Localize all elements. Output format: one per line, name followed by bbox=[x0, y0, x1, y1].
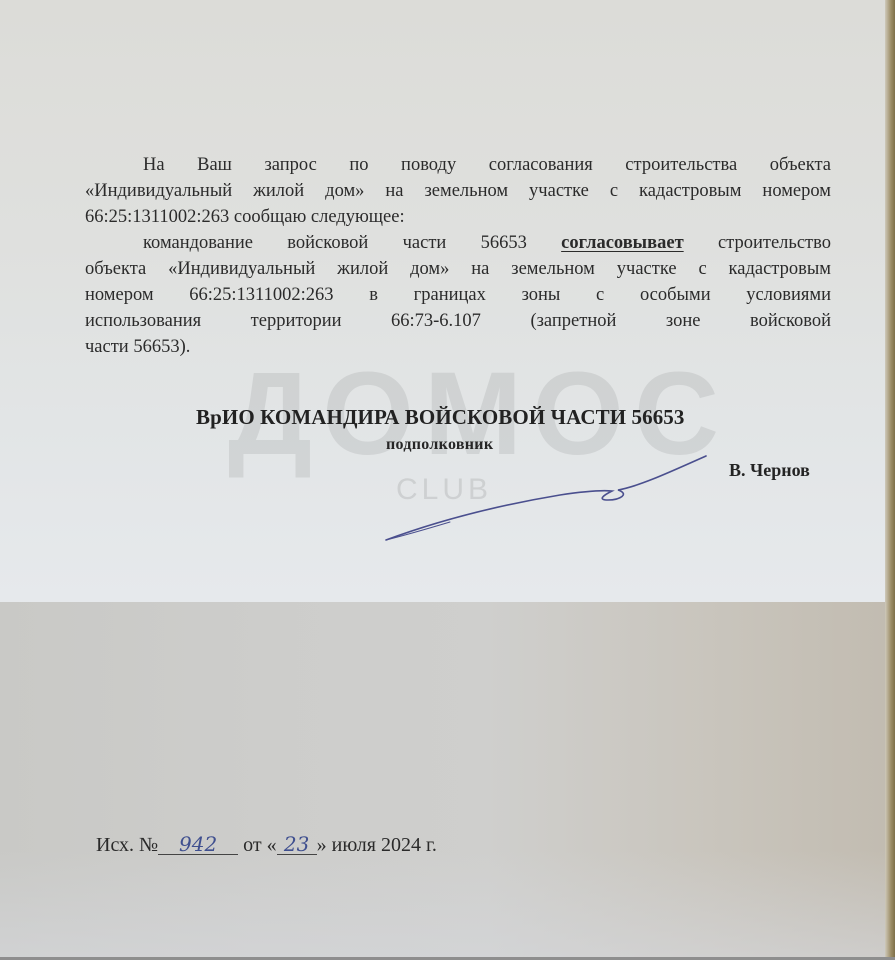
outgoing-date-suffix: » июля 2024 г. bbox=[317, 834, 437, 856]
outgoing-from: от « bbox=[243, 834, 276, 856]
body-line: части 56653). bbox=[85, 334, 831, 360]
body-line: использования территории 66:73-6.107 (за… bbox=[85, 308, 831, 334]
outgoing-reference: Исх. №942 от «23» июля 2024 г. bbox=[96, 834, 437, 857]
outgoing-number: 942 bbox=[158, 834, 238, 855]
handwritten-signature-icon bbox=[380, 450, 720, 550]
body-line: объекта «Индивидуальный жилой дом» на зе… bbox=[85, 256, 831, 282]
outgoing-day: 23 bbox=[277, 834, 317, 855]
letter-body: На Ваш запрос по поводу согласования стр… bbox=[85, 152, 831, 360]
paper-lower-fold bbox=[0, 602, 885, 960]
approval-keyword: согласовывает bbox=[561, 233, 684, 253]
outgoing-prefix: Исх. № bbox=[96, 834, 158, 856]
table-edge bbox=[885, 0, 895, 960]
body-line: На Ваш запрос по поводу согласования стр… bbox=[85, 152, 831, 178]
body-line: номером 66:25:1311002:263 в границах зон… bbox=[85, 282, 831, 308]
signatory-title: ВрИО КОМАНДИРА ВОЙСКОВОЙ ЧАСТИ 56653 bbox=[196, 405, 685, 430]
signatory-name: В. Чернов bbox=[729, 460, 810, 481]
approval-suffix: строительство bbox=[718, 233, 831, 253]
body-line: 66:25:1311002:263 сообщаю следующее: bbox=[85, 204, 831, 230]
body-line: «Индивидуальный жилой дом» на земельном … bbox=[85, 178, 831, 204]
approval-prefix: командование войсковой части 56653 bbox=[143, 233, 527, 253]
document-page: ДОМОС CLUB На Ваш запрос по поводу согла… bbox=[0, 0, 885, 960]
body-line-approval: командование войсковой части 56653 согла… bbox=[85, 230, 831, 256]
